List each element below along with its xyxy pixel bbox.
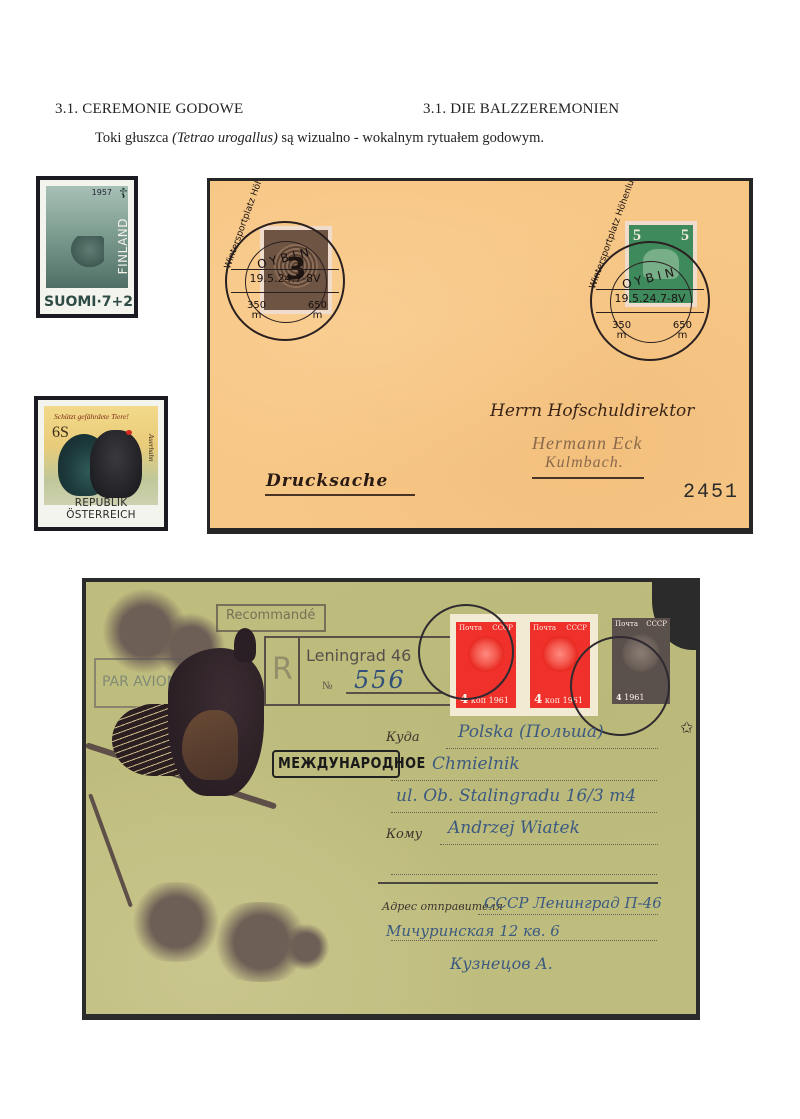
drucksache-label: Drucksache: [266, 471, 388, 491]
sender-street: Мичуринская 12 кв. 6: [386, 922, 560, 940]
altitude-unit: m: [617, 330, 627, 341]
stamp-country: FINLAND: [116, 218, 130, 274]
registration-number: 556: [354, 666, 406, 694]
postmark-altitude-right: 650m: [308, 301, 327, 321]
stamp-header: ПочтаСССР: [533, 624, 587, 632]
altitude-unit: m: [678, 330, 688, 341]
postmark-left: Wintersportplatz Höhenluftkurort OYBIN 1…: [225, 221, 345, 341]
komu-label: Кому: [386, 827, 422, 842]
sender-city: СССР Ленинград П-46: [484, 894, 662, 912]
altitude-unit: m: [252, 310, 262, 321]
grouse-wing-icon: [182, 710, 238, 780]
grouse-head-icon: [234, 628, 256, 662]
subtitle-text: Toki głuszca: [95, 130, 172, 146]
address-street: ul. Ob. Stalingradu 16/3 m4: [396, 786, 636, 806]
branch-icon: [88, 793, 133, 907]
stamp-finland: 1957 ☦ FINLAND SUOMI·7+2: [36, 176, 138, 318]
recipient-name: Andrzej Wiatek: [448, 818, 580, 838]
stamp-value-right: 5: [681, 227, 689, 245]
stamp-value-number: 4: [534, 692, 542, 706]
address-line: [446, 748, 658, 749]
stamp-header-right: СССР: [646, 620, 667, 628]
postmark-altitude-right: 650m: [673, 321, 692, 341]
postmark-date: 19.5.24.7-8V: [227, 272, 343, 285]
stamp-header-left: Почта: [615, 620, 638, 628]
red-comb-icon: [126, 430, 132, 435]
stamp-country: REPUBLIK ÖSTERREICH: [40, 497, 162, 521]
capercaillie-icon: [90, 430, 142, 498]
address-line: [478, 914, 658, 915]
subtitle-text-end: są wizualno - wokalnym rytuałem godowym.: [278, 130, 544, 146]
stamp-image-capercaillie: Schützt gefährdete Tiere! 6S Auerhahn: [44, 406, 158, 505]
international-label: МЕЖДУНАРОДНОЕ: [272, 750, 400, 778]
stamp-value-unit: коп: [545, 696, 560, 705]
stamp-header: Schützt gefährdete Tiere!: [54, 412, 129, 421]
cover-ussr: PAR AVION Recommandé R Leningrad 46 № 55…: [82, 578, 700, 1020]
stamp-header: ПочтаСССР: [615, 620, 667, 628]
section-heading-german: 3.1. DIE BALZZEREMONIEN: [423, 101, 619, 118]
address-country: Polska (Польша): [458, 722, 604, 742]
altitude-unit: m: [313, 310, 323, 321]
recommande-label: Recommandé: [216, 604, 326, 632]
stamp-header-right: СССР: [566, 624, 587, 632]
postmark-date: 19.5.24.7-8V: [592, 292, 708, 305]
address-line: [440, 844, 658, 845]
stamp-austria: Schützt gefährdete Tiere! 6S Auerhahn RE…: [34, 396, 168, 531]
stamp-year: 1961: [489, 696, 509, 705]
section-heading-polish: 3.1. CEREMONIE GODOWE: [55, 101, 243, 118]
stamp-value: 6S: [52, 424, 69, 442]
divider: [378, 882, 658, 884]
underline: [265, 494, 415, 496]
registration-letter: R: [272, 652, 293, 687]
registration-city: Leningrad 46: [306, 646, 411, 665]
registration-no-label: №: [322, 680, 333, 692]
postmark-ussr: [570, 636, 670, 736]
sender-name: Кузнецов А.: [450, 954, 553, 973]
serial-number: 2451: [683, 481, 739, 504]
postmark-altitude-left: 350m: [247, 301, 266, 321]
foliage-icon: [276, 922, 336, 972]
kuda-label: Куда: [386, 730, 420, 745]
handwritten-recipient: Herrn Hofschuldirektor: [490, 401, 694, 421]
address-line: [391, 874, 657, 875]
star-icon: ✩: [680, 718, 693, 737]
page-subtitle: Toki głuszca (Tetrao urogallus) są wizua…: [95, 130, 544, 147]
capercaillie-icon: [68, 236, 104, 270]
postmark-ussr: [418, 604, 514, 700]
cross-of-lorraine-icon: ☦: [119, 186, 128, 202]
stamp-year: 1957: [92, 188, 112, 197]
recommande-text: Recommandé: [226, 608, 315, 623]
stamp-species-label: Auerhahn: [147, 434, 155, 461]
address-line: [391, 780, 657, 781]
recipient-city: Kulmbach.: [545, 454, 624, 472]
address-line: [391, 812, 657, 813]
underline: [532, 477, 644, 479]
postmark-altitude-left: 350m: [612, 321, 631, 341]
divider: [298, 638, 300, 704]
stamp-header-left: Почта: [533, 624, 556, 632]
stamp-denomination: SUOMI·7+2: [44, 294, 130, 310]
par-avion-text: PAR AVION: [102, 674, 177, 690]
address-city: Chmielnik: [432, 754, 520, 774]
postmark-right: Wintersportplatz Höhenluftkurort OYBIN 1…: [590, 241, 710, 361]
divider: [346, 692, 442, 694]
recipient-name: Hermann Eck: [532, 433, 642, 454]
cover-germany: 3 5 5 Wintersportplatz Höhenluftkurort O…: [207, 178, 753, 534]
latin-name: (Tetrao urogallus): [172, 130, 278, 146]
address-line: [391, 940, 657, 941]
international-text: МЕЖДУНАРОДНОЕ: [278, 754, 426, 772]
